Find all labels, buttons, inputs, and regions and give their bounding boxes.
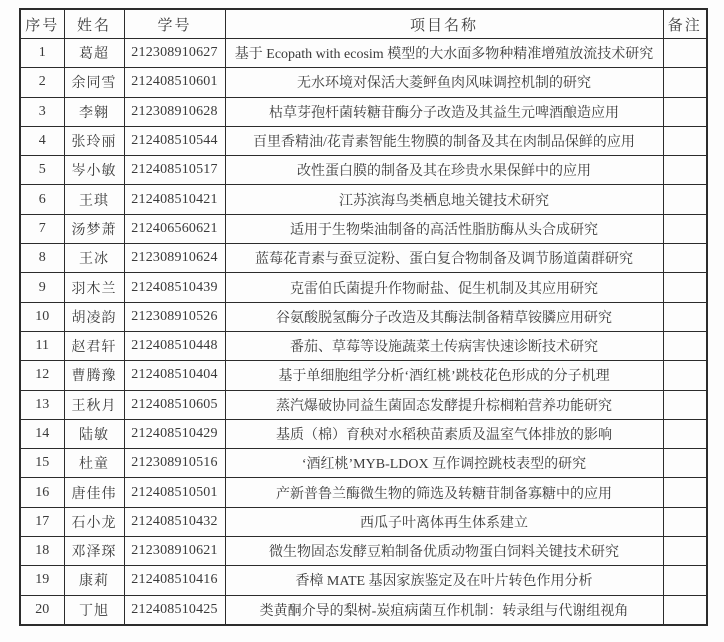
table-row: 9羽木兰212408510439克雷伯氏菌提升作物耐盐、促生机制及其应用研究 (20, 273, 707, 302)
table-row: 3李翱212308910628枯草芽孢杆菌转糖苷酶分子改造及其益生元啤酒酿造应用 (20, 97, 707, 126)
header-remarks: 备注 (663, 9, 707, 39)
cell-name: 唐佳伟 (64, 478, 124, 507)
cell-project-title: 微生物固态发酵豆粕制备优质动物蛋白饲料关键技术研究 (225, 537, 663, 566)
cell-name: 丁旭 (64, 595, 124, 625)
table-row: 18邓泽琛212308910621微生物固态发酵豆粕制备优质动物蛋白饲料关键技术… (20, 537, 707, 566)
cell-project-title: 谷氨酸脱氢酶分子改造及其酶法制备精草铵膦应用研究 (225, 302, 663, 331)
header-project-title: 项目名称 (225, 9, 663, 39)
cell-student-id: 212408510439 (124, 273, 225, 302)
table-row: 6王琪212408510421江苏滨海鸟类栖息地关键技术研究 (20, 185, 707, 214)
table-row: 14陆敏212408510429基质（棉）育秧对水稻秧苗素质及温室气体排放的影响 (20, 419, 707, 448)
table-body: 1葛超212308910627基于 Ecopath with ecosim 模型… (20, 39, 707, 625)
cell-student-id: 212308910628 (124, 97, 225, 126)
cell-remarks (663, 478, 707, 507)
cell-serial-number: 16 (20, 478, 64, 507)
cell-project-title: 基质（棉）育秧对水稻秧苗素质及温室气体排放的影响 (225, 419, 663, 448)
cell-project-title: 西瓜子叶离体再生体系建立 (225, 507, 663, 536)
cell-remarks (663, 566, 707, 595)
cell-serial-number: 20 (20, 595, 64, 625)
cell-serial-number: 4 (20, 126, 64, 155)
table-row: 17石小龙212408510432西瓜子叶离体再生体系建立 (20, 507, 707, 536)
cell-student-id: 212308910526 (124, 302, 225, 331)
cell-project-title: 蓝莓花青素与蚕豆淀粉、蛋白复合物制备及调节肠道菌群研究 (225, 244, 663, 273)
cell-student-id: 212408510416 (124, 566, 225, 595)
table-row: 1葛超212308910627基于 Ecopath with ecosim 模型… (20, 39, 707, 68)
cell-student-id: 212408510432 (124, 507, 225, 536)
cell-serial-number: 6 (20, 185, 64, 214)
table-header-row: 序号 姓名 学号 项目名称 备注 (20, 9, 707, 39)
cell-serial-number: 12 (20, 361, 64, 390)
cell-name: 邓泽琛 (64, 537, 124, 566)
cell-serial-number: 3 (20, 97, 64, 126)
cell-name: 葛超 (64, 39, 124, 68)
cell-remarks (663, 156, 707, 185)
cell-remarks (663, 244, 707, 273)
cell-student-id: 212308910516 (124, 449, 225, 478)
cell-project-title: 江苏滨海鸟类栖息地关键技术研究 (225, 185, 663, 214)
cell-name: 胡凌韵 (64, 302, 124, 331)
header-name: 姓名 (64, 9, 124, 39)
cell-student-id: 212408510429 (124, 419, 225, 448)
cell-remarks (663, 595, 707, 625)
cell-project-title: ‘酒红桃’MYB-LDOX 互作调控跳枝表型的研究 (225, 449, 663, 478)
cell-project-title: 适用于生物柴油制备的高活性脂肪酶从头合成研究 (225, 214, 663, 243)
project-roster-table: 序号 姓名 学号 项目名称 备注 1葛超212308910627基于 Ecopa… (19, 8, 708, 626)
cell-serial-number: 7 (20, 214, 64, 243)
cell-name: 王冰 (64, 244, 124, 273)
cell-serial-number: 10 (20, 302, 64, 331)
cell-remarks (663, 126, 707, 155)
cell-remarks (663, 302, 707, 331)
cell-serial-number: 13 (20, 390, 64, 419)
table-row: 10胡凌韵212308910526谷氨酸脱氢酶分子改造及其酶法制备精草铵膦应用研… (20, 302, 707, 331)
cell-serial-number: 9 (20, 273, 64, 302)
cell-serial-number: 2 (20, 68, 64, 97)
cell-remarks (663, 214, 707, 243)
cell-serial-number: 11 (20, 331, 64, 360)
cell-student-id: 212408510601 (124, 68, 225, 97)
table-row: 16唐佳伟212408510501产新普鲁兰酶微生物的筛选及转糖苷制备寡糖中的应… (20, 478, 707, 507)
cell-student-id: 212408510421 (124, 185, 225, 214)
cell-name: 康莉 (64, 566, 124, 595)
table-row: 11赵君轩212408510448番茄、草莓等设施蔬菜土传病害快速诊断技术研究 (20, 331, 707, 360)
cell-remarks (663, 449, 707, 478)
cell-name: 赵君轩 (64, 331, 124, 360)
cell-project-title: 克雷伯氏菌提升作物耐盐、促生机制及其应用研究 (225, 273, 663, 302)
cell-name: 曹腾豫 (64, 361, 124, 390)
cell-project-title: 基于单细胞组学分析‘酒红桃’跳枝花色形成的分子机理 (225, 361, 663, 390)
cell-student-id: 212408510425 (124, 595, 225, 625)
cell-project-title: 类黄酮介导的梨树-炭疽病菌互作机制：转录组与代谢组视角 (225, 595, 663, 625)
cell-student-id: 212408510517 (124, 156, 225, 185)
cell-name: 王琪 (64, 185, 124, 214)
table-row: 13王秋月212408510605蒸汽爆破协同益生菌固态发酵提升棕榈粕营养功能研… (20, 390, 707, 419)
cell-project-title: 番茄、草莓等设施蔬菜土传病害快速诊断技术研究 (225, 331, 663, 360)
cell-name: 石小龙 (64, 507, 124, 536)
cell-name: 羽木兰 (64, 273, 124, 302)
cell-serial-number: 15 (20, 449, 64, 478)
cell-name: 杜童 (64, 449, 124, 478)
cell-project-title: 产新普鲁兰酶微生物的筛选及转糖苷制备寡糖中的应用 (225, 478, 663, 507)
cell-student-id: 212308910621 (124, 537, 225, 566)
cell-student-id: 212408510501 (124, 478, 225, 507)
table-row: 4张玲丽212408510544百里香精油/花青素智能生物膜的制备及其在肉制品保… (20, 126, 707, 155)
cell-remarks (663, 273, 707, 302)
cell-serial-number: 8 (20, 244, 64, 273)
cell-serial-number: 17 (20, 507, 64, 536)
table-row: 12曹腾豫212408510404基于单细胞组学分析‘酒红桃’跳枝花色形成的分子… (20, 361, 707, 390)
cell-student-id: 212408510544 (124, 126, 225, 155)
cell-project-title: 蒸汽爆破协同益生菌固态发酵提升棕榈粕营养功能研究 (225, 390, 663, 419)
table-row: 2余同雪212408510601无水环境对保活大菱鲆鱼肉风味调控机制的研究 (20, 68, 707, 97)
cell-student-id: 212308910627 (124, 39, 225, 68)
cell-student-id: 212408510404 (124, 361, 225, 390)
cell-serial-number: 5 (20, 156, 64, 185)
cell-serial-number: 1 (20, 39, 64, 68)
cell-name: 李翱 (64, 97, 124, 126)
cell-name: 王秋月 (64, 390, 124, 419)
cell-remarks (663, 419, 707, 448)
cell-remarks (663, 507, 707, 536)
table-row: 20丁旭212408510425类黄酮介导的梨树-炭疽病菌互作机制：转录组与代谢… (20, 595, 707, 625)
table-row: 15杜童212308910516‘酒红桃’MYB-LDOX 互作调控跳枝表型的研… (20, 449, 707, 478)
document-page: 序号 姓名 学号 项目名称 备注 1葛超212308910627基于 Ecopa… (0, 0, 724, 642)
cell-project-title: 香樟 MATE 基因家族鉴定及在叶片转色作用分析 (225, 566, 663, 595)
cell-remarks (663, 68, 707, 97)
cell-student-id: 212408510448 (124, 331, 225, 360)
table-row: 5岑小敏212408510517改性蛋白膜的制备及其在珍贵水果保鲜中的应用 (20, 156, 707, 185)
cell-student-id: 212406560621 (124, 214, 225, 243)
cell-remarks (663, 331, 707, 360)
cell-name: 余同雪 (64, 68, 124, 97)
cell-name: 岑小敏 (64, 156, 124, 185)
cell-name: 张玲丽 (64, 126, 124, 155)
table-row: 8王冰212308910624蓝莓花青素与蚕豆淀粉、蛋白复合物制备及调节肠道菌群… (20, 244, 707, 273)
table-row: 7汤梦萧212406560621适用于生物柴油制备的高活性脂肪酶从头合成研究 (20, 214, 707, 243)
header-serial-number: 序号 (20, 9, 64, 39)
table-row: 19康莉212408510416香樟 MATE 基因家族鉴定及在叶片转色作用分析 (20, 566, 707, 595)
cell-remarks (663, 390, 707, 419)
cell-remarks (663, 39, 707, 68)
header-student-id: 学号 (124, 9, 225, 39)
cell-remarks (663, 185, 707, 214)
cell-serial-number: 18 (20, 537, 64, 566)
cell-remarks (663, 361, 707, 390)
cell-project-title: 基于 Ecopath with ecosim 模型的大水面多物种精准增殖放流技术… (225, 39, 663, 68)
cell-project-title: 百里香精油/花青素智能生物膜的制备及其在肉制品保鲜的应用 (225, 126, 663, 155)
cell-serial-number: 14 (20, 419, 64, 448)
cell-serial-number: 19 (20, 566, 64, 595)
cell-name: 汤梦萧 (64, 214, 124, 243)
cell-project-title: 改性蛋白膜的制备及其在珍贵水果保鲜中的应用 (225, 156, 663, 185)
cell-student-id: 212308910624 (124, 244, 225, 273)
cell-project-title: 无水环境对保活大菱鲆鱼肉风味调控机制的研究 (225, 68, 663, 97)
cell-student-id: 212408510605 (124, 390, 225, 419)
cell-remarks (663, 537, 707, 566)
cell-project-title: 枯草芽孢杆菌转糖苷酶分子改造及其益生元啤酒酿造应用 (225, 97, 663, 126)
cell-name: 陆敏 (64, 419, 124, 448)
cell-remarks (663, 97, 707, 126)
